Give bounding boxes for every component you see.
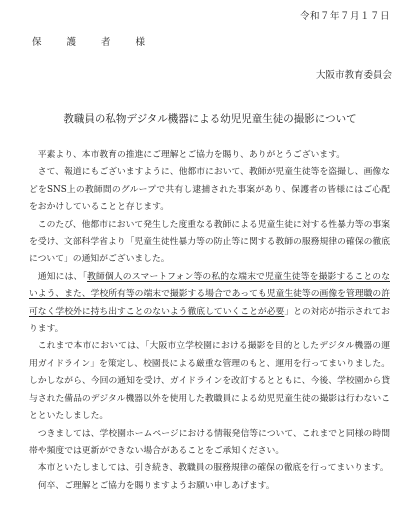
notice-document: 令和７年７月１７日 保護者様 大阪市教育委員会 教職員の私物デジタル機器による幼… <box>0 0 420 518</box>
paragraph-closing: 何卒、ご理解とご協力を賜りますようお願い申しあげます。 <box>29 478 390 495</box>
directive-prefix: 通知には、「 <box>38 272 87 282</box>
document-title: 教職員の私物デジタル機器による幼児児童生徒の撮影について <box>0 110 420 128</box>
sender: 大阪市教育委員会 <box>316 68 392 84</box>
paragraph-commitment: 本市といたしましては、引き続き、教職員の服務規律の確保の徹底を行ってまいります。 <box>29 460 390 477</box>
addressee-char: 様 <box>136 35 146 51</box>
addressee-char: 者 <box>101 35 111 51</box>
addressee-char: 護 <box>67 35 77 51</box>
addressee: 保護者様 <box>32 35 170 51</box>
paragraph-directive: 通知には、「教師個人のスマートフォン等の私的な端末で児童生徒等を撮影することのな… <box>29 269 390 339</box>
paragraph-incident: さて、報道にもございますように、他都市において、教師が児童生徒等を盗撮し、画像な… <box>29 164 390 216</box>
paragraph-website: つきましては、学校園ホームページにおける情報発信等について、これまでと同様の時間… <box>29 426 390 461</box>
issue-date: 令和７年７月１７日 <box>300 9 390 25</box>
addressee-char: 保 <box>32 35 42 51</box>
document-body: 平素より、本市教育の推進にご理解とご協力を賜り、ありがとうございます。 さて、報… <box>29 147 390 495</box>
paragraph-notice: このたび、他都市において発生した度重なる教師による児童生徒に対する性暴力等の事案… <box>29 217 390 269</box>
paragraph-guideline: これまで本市においては、「大阪市立学校園における撮影を目的としたデジタル機器の運… <box>29 338 390 425</box>
paragraph-greeting: 平素より、本市教育の推進にご理解とご協力を賜り、ありがとうございます。 <box>29 147 390 164</box>
